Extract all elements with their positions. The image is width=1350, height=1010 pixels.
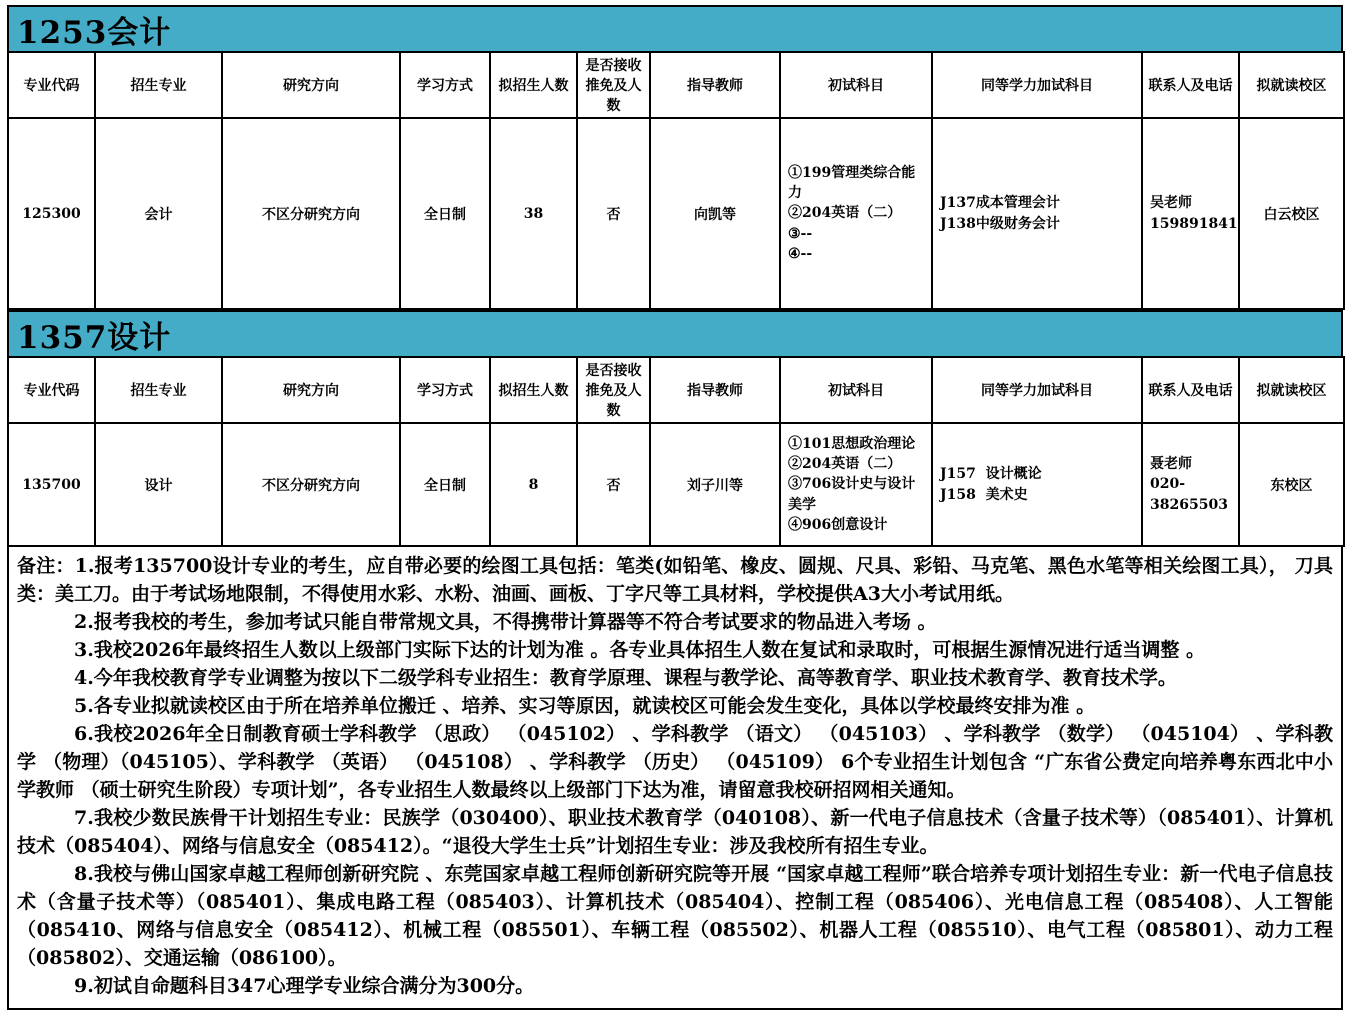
section-title: 1357设计: [17, 312, 171, 357]
col-header-contact: 联系人及电话: [1142, 52, 1239, 118]
admission-table-design: 专业代码 招生专业 研究方向 学习方式 拟招生人数 是否接收推免及人数 指导教师…: [7, 356, 1345, 547]
section-title: 1253会计: [17, 7, 171, 52]
note-item-9: 9.初试自命题科目347心理学专业综合满分为300分。: [17, 972, 1333, 1000]
contact-name: 吴老师: [1150, 193, 1234, 213]
cell-mode: 全日制: [400, 423, 490, 546]
exam-subject-line: ②204英语（二）: [788, 454, 927, 474]
section-title-bar: 1357设计: [7, 310, 1343, 358]
col-header-mode: 学习方式: [400, 52, 490, 118]
col-header-planned: 拟招生人数: [490, 52, 577, 118]
exam-subject-line: ①101思想政治理论: [788, 434, 927, 454]
note-item-5: 5.各专业拟就读校区由于所在培养单位搬迁 、培养、实习等原因，就读校区可能会发生…: [17, 692, 1333, 720]
exam-subject-line: ②204英语（二）: [788, 203, 927, 223]
col-header-major-code: 专业代码: [8, 52, 95, 118]
cell-campus: 白云校区: [1239, 118, 1344, 309]
col-header-exam-subjects: 初试科目: [780, 52, 932, 118]
cell-additional-subjects: J137成本管理会计 J138中级财务会计: [932, 118, 1142, 309]
exam-subject-line: ④906创意设计: [788, 515, 927, 535]
cell-exam-subjects: ①101思想政治理论 ②204英语（二） ③706设计史与设计美学 ④906创意…: [780, 423, 932, 546]
cell-advisors: 向凯等: [650, 118, 780, 309]
additional-subject-line: J138中级财务会计: [940, 214, 1137, 234]
additional-subject-line: J158 美术史: [940, 485, 1137, 505]
col-header-planned: 拟招生人数: [490, 357, 577, 423]
col-header-additional-subjects: 同等学力加试科目: [932, 52, 1142, 118]
note-item-6: 6.我校2026年全日制教育硕士学科教学 （思政） （045102） 、学科教学…: [17, 720, 1333, 804]
cell-contact: 聂老师 020-38265503: [1142, 423, 1239, 546]
exam-subject-line: ③--: [788, 224, 927, 244]
col-header-major: 招生专业: [95, 52, 222, 118]
cell-major-code: 125300: [8, 118, 95, 309]
admission-table-accounting: 专业代码 招生专业 研究方向 学习方式 拟招生人数 是否接收推免及人数 指导教师…: [7, 51, 1345, 310]
cell-exam-subjects: ①199管理类综合能力 ②204英语（二） ③-- ④--: [780, 118, 932, 309]
exam-subject-line: ①199管理类综合能力: [788, 163, 927, 204]
note-item-7: 7.我校少数民族骨干计划招生专业：民族学（030400）、职业技术教育学（040…: [17, 804, 1333, 860]
section-accounting: 1253会计 专业代码 招生专业 研究方向 学习方式 拟招生人数 是否接收推免及…: [7, 5, 1343, 310]
contact-phone: 15989184143: [1150, 214, 1234, 234]
cell-additional-subjects: J157 设计概论 J158 美术史: [932, 423, 1142, 546]
cell-major: 会计: [95, 118, 222, 309]
table-header-row: 专业代码 招生专业 研究方向 学习方式 拟招生人数 是否接收推免及人数 指导教师…: [8, 357, 1344, 423]
col-header-tuimian: 是否接收推免及人数: [577, 357, 650, 423]
exam-subject-line: ④--: [788, 244, 927, 264]
table-row: 125300 会计 不区分研究方向 全日制 38 否 向凯等 ①199管理类综合…: [8, 118, 1344, 309]
cell-advisors: 刘子川等: [650, 423, 780, 546]
cell-major: 设计: [95, 423, 222, 546]
cell-tuimian: 否: [577, 118, 650, 309]
additional-subject-line: J137成本管理会计: [940, 193, 1137, 213]
col-header-tuimian: 是否接收推免及人数: [577, 52, 650, 118]
section-design: 1357设计 专业代码 招生专业 研究方向 学习方式 拟招生人数 是否接收推免及…: [7, 310, 1343, 547]
note-item-3: 3.我校2026年最终招生人数以上级部门实际下达的计划为准 。各专业具体招生人数…: [17, 636, 1333, 664]
col-header-direction: 研究方向: [222, 52, 400, 118]
note-item-4: 4.今年我校教育学专业调整为按以下二级学科专业招生：教育学原理、课程与教学论、高…: [17, 664, 1333, 692]
col-header-additional-subjects: 同等学力加试科目: [932, 357, 1142, 423]
cell-major-code: 135700: [8, 423, 95, 546]
notes-box: 备注：1.报考135700设计专业的考生，应自带必要的绘图工具包括：笔类(如铅笔…: [7, 545, 1343, 1010]
col-header-major-code: 专业代码: [8, 357, 95, 423]
note-item-1: 备注：1.报考135700设计专业的考生，应自带必要的绘图工具包括：笔类(如铅笔…: [17, 552, 1333, 608]
table-row: 135700 设计 不区分研究方向 全日制 8 否 刘子川等 ①101思想政治理…: [8, 423, 1344, 546]
note-item-2: 2.报考我校的考生，参加考试只能自带常规文具，不得携带计算器等不符合考试要求的物…: [17, 608, 1333, 636]
col-header-direction: 研究方向: [222, 357, 400, 423]
col-header-exam-subjects: 初试科目: [780, 357, 932, 423]
cell-campus: 东校区: [1239, 423, 1344, 546]
cell-planned: 8: [490, 423, 577, 546]
cell-direction: 不区分研究方向: [222, 423, 400, 546]
cell-contact: 吴老师 15989184143: [1142, 118, 1239, 309]
col-header-mode: 学习方式: [400, 357, 490, 423]
table-header-row: 专业代码 招生专业 研究方向 学习方式 拟招生人数 是否接收推免及人数 指导教师…: [8, 52, 1344, 118]
section-title-bar: 1253会计: [7, 5, 1343, 53]
col-header-advisors: 指导教师: [650, 357, 780, 423]
cell-planned: 38: [490, 118, 577, 309]
cell-direction: 不区分研究方向: [222, 118, 400, 309]
contact-name: 聂老师: [1150, 454, 1234, 474]
col-header-campus: 拟就读校区: [1239, 52, 1344, 118]
exam-subject-line: ③706设计史与设计美学: [788, 474, 927, 515]
contact-phone: 020-38265503: [1150, 474, 1234, 515]
col-header-campus: 拟就读校区: [1239, 357, 1344, 423]
note-item-8: 8.我校与佛山国家卓越工程师创新研究院 、东莞国家卓越工程师创新研究院等开展 “…: [17, 860, 1333, 972]
cell-tuimian: 否: [577, 423, 650, 546]
additional-subject-line: J157 设计概论: [940, 464, 1137, 484]
admission-sheet: 1253会计 专业代码 招生专业 研究方向 学习方式 拟招生人数 是否接收推免及…: [0, 0, 1350, 1010]
col-header-advisors: 指导教师: [650, 52, 780, 118]
col-header-contact: 联系人及电话: [1142, 357, 1239, 423]
cell-mode: 全日制: [400, 118, 490, 309]
col-header-major: 招生专业: [95, 357, 222, 423]
